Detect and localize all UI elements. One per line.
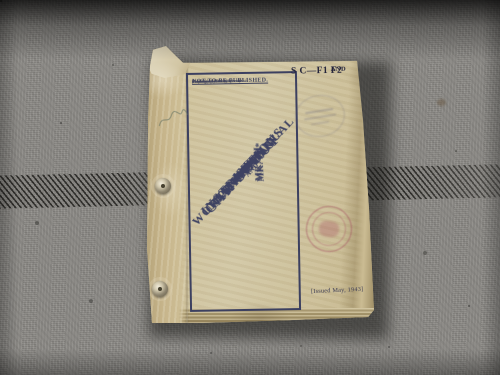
binding-post-top bbox=[155, 178, 171, 194]
code-conjunction: and bbox=[331, 66, 346, 73]
rivet-slot bbox=[158, 287, 162, 291]
rivet-slot bbox=[161, 184, 165, 188]
stamp-mark bbox=[311, 121, 329, 126]
printed-border-box: NOT TO BE PUBLISHED. The information giv… bbox=[186, 71, 301, 312]
fabric-specks bbox=[0, 0, 2, 2]
binding-post-bottom bbox=[152, 281, 168, 297]
small-stain bbox=[437, 99, 446, 106]
photo-stage: NOT TO BE PUBLISHED. The information giv… bbox=[0, 0, 500, 375]
manual-book: NOT TO BE PUBLISHED. The information giv… bbox=[140, 40, 385, 330]
code-left: S C—F1 bbox=[291, 66, 328, 77]
classification-code: S C—F1 and F2 bbox=[291, 65, 363, 76]
red-circular-stamp bbox=[303, 203, 355, 255]
stamp-mark bbox=[305, 108, 333, 114]
rotated-title-block: OPERATING INSTRUCTIONS AND WORKSHOP MANU… bbox=[188, 73, 299, 310]
stamp-mark bbox=[304, 113, 336, 120]
